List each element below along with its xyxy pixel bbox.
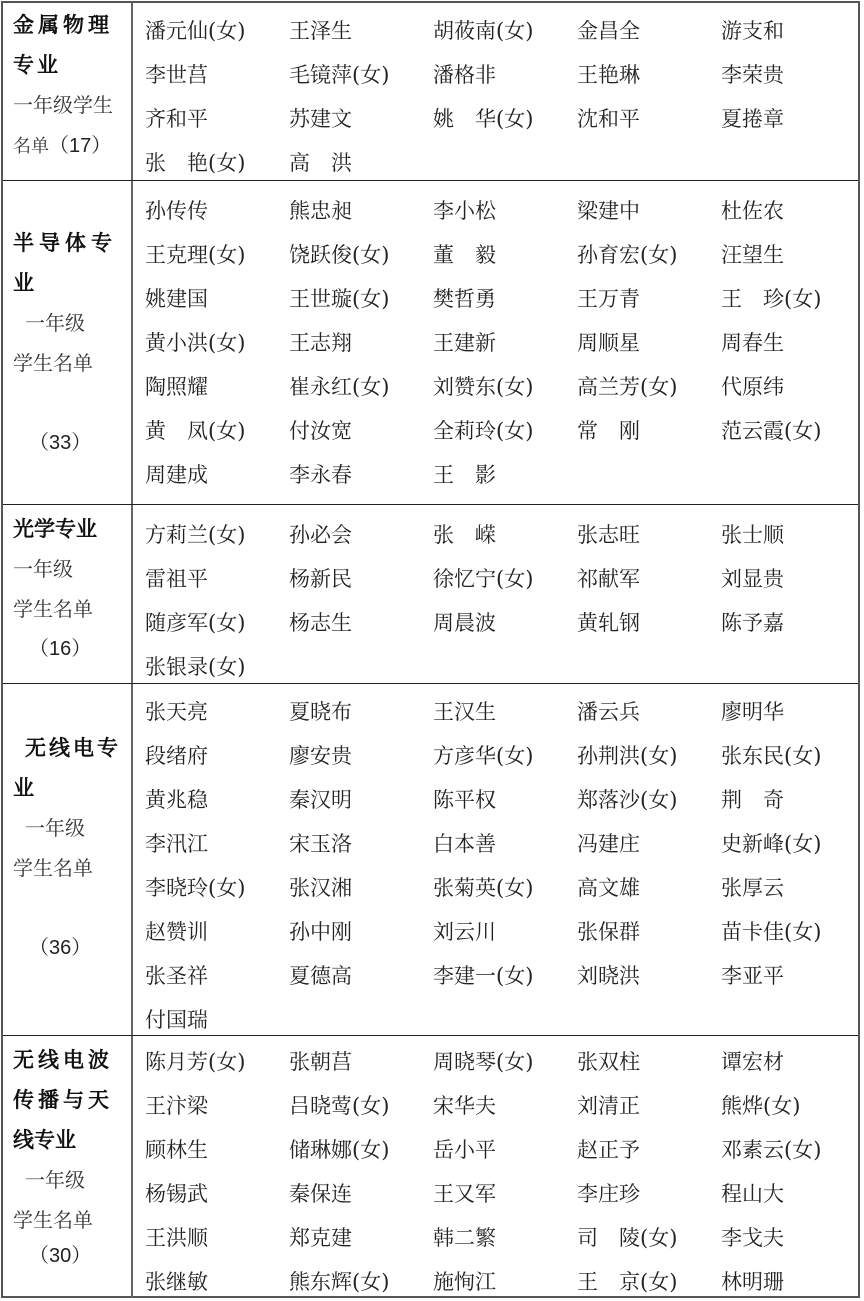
student-name: 韩二繁 [433,1226,496,1250]
student-name: 李庄珍 [577,1182,640,1206]
student-name: 代原纬 [721,375,784,399]
student-name: 张 艳(女) [145,151,245,175]
student-name: 冯建庄 [577,832,640,856]
student-name: 张继敏 [145,1270,208,1294]
student-name: 随彦军(女) [145,611,245,635]
student-name: 李晓玲(女) [145,876,245,900]
student-name: 熊烨(女) [721,1094,800,1118]
section-title-line: 金属物理 [13,5,131,45]
section-title-line: 光学专业 [13,509,131,549]
student-name: 苗卡佳(女) [721,920,821,944]
student-name: 李汛江 [145,832,208,856]
student-name: 司 陵(女) [577,1226,677,1250]
student-name: 李世莒 [145,63,208,87]
student-name: 胡莜南(女) [433,19,533,43]
student-name: 李建一(女) [433,964,533,988]
section-subtitle-line: 学生名单 [13,1200,131,1240]
student-name: 王万青 [577,287,640,311]
student-name: 雷祖平 [145,567,208,591]
student-name: 熊忠昶 [289,199,352,223]
student-name: 张菊英(女) [433,876,533,900]
section-subtitle-line: 一年级 [13,808,131,848]
section-row-metal-physics: 金属物理 专业 一年级学生 名单（17） 潘元仙(女)王泽生胡莜南(女)金昌全游… [3,3,858,181]
student-name: 杜佐农 [721,199,784,223]
student-name: 王 京(女) [577,1270,677,1294]
section-title-line: 专业 [13,45,131,85]
student-name: 黄小洪(女) [145,331,245,355]
student-name: 齐和平 [145,107,208,131]
student-name: 汪望生 [721,243,784,267]
student-name: 刘清正 [577,1094,640,1118]
student-name: 熊东辉(女) [289,1270,389,1294]
student-name: 黄兆稳 [145,788,208,812]
student-name: 全莉玲(女) [433,419,533,443]
student-name: 张志旺 [577,523,640,547]
section-label: 无线电专 业 一年级 学生名单 （36） [3,684,133,1035]
student-name: 李戈夫 [721,1226,784,1250]
student-name: 姚 华(女) [433,107,533,131]
section-subtitle-line: 学生名单 [13,343,131,383]
student-name: 方莉兰(女) [145,523,245,547]
student-name: 毛镜萍(女) [289,63,389,87]
student-name: 张天亮 [145,700,208,724]
student-name: 金昌全 [577,19,640,43]
student-name: 张双柱 [577,1050,640,1074]
section-title-line: 业 [13,768,131,808]
student-name: 顾林生 [145,1138,208,1162]
student-name: 高 洪 [289,151,352,175]
student-name: 王泽生 [289,19,352,43]
student-name: 张圣祥 [145,964,208,988]
section-count: （36） [13,928,131,968]
student-name: 樊哲勇 [433,287,496,311]
section-title-line: 线专业 [13,1120,131,1160]
section-subtitle-line: 学生名单 [13,589,131,629]
student-name: 刘晓洪 [577,964,640,988]
student-name: 夏德高 [289,964,352,988]
student-name: 梁建中 [577,199,640,223]
student-name: 李亚平 [721,964,784,988]
section-label: 无线电波 传播与天 线专业 一年级 学生名单 （30） [3,1036,133,1298]
student-name: 苏建文 [289,107,352,131]
student-name: 潘元仙(女) [145,19,245,43]
student-name: 赵正予 [577,1138,640,1162]
section-title-line: 传播与天 [13,1080,131,1120]
student-name: 周晓琴(女) [433,1050,533,1074]
student-name: 崔永红(女) [289,375,389,399]
student-name: 陈平权 [433,788,496,812]
student-name: 赵赞训 [145,920,208,944]
section-count: （17） [49,135,111,157]
student-name: 王汴梁 [145,1094,208,1118]
student-name: 廖明华 [721,700,784,724]
student-name: 高兰芳(女) [577,375,677,399]
section-row-radio: 无线电专 业 一年级 学生名单 （36） 张天亮夏晓布王汉生潘云兵廖明华段绪府廖… [3,684,858,1036]
student-name: 夏捲章 [721,107,784,131]
student-name: 孙荆洪(女) [577,744,677,768]
student-name: 王克理(女) [145,243,245,267]
student-name: 张保群 [577,920,640,944]
names-grid: 潘元仙(女)王泽生胡莜南(女)金昌全游支和李世莒毛镜萍(女)潘格非王艳琳李荣贵齐… [133,3,858,180]
student-name: 姚建国 [145,287,208,311]
student-name: 王汉生 [433,700,496,724]
student-name: 常 刚 [577,419,640,443]
student-name: 陈予嘉 [721,611,784,635]
student-name: 邓素云(女) [721,1138,821,1162]
student-name: 杨锡武 [145,1182,208,1206]
student-name: 岳小平 [433,1138,496,1162]
student-name: 周晨波 [433,611,496,635]
student-name: 廖安贵 [289,744,352,768]
student-name: 王志翔 [289,331,352,355]
student-name: 王洪顺 [145,1226,208,1250]
student-name: 潘格非 [433,63,496,87]
student-name: 陈月芳(女) [145,1050,245,1074]
section-title-line: 业 [13,263,131,303]
student-name: 陶照耀 [145,375,208,399]
student-name: 刘显贵 [721,567,784,591]
student-name: 林明珊 [721,1270,784,1294]
student-name: 宋华夫 [433,1094,496,1118]
student-name: 史新峰(女) [721,832,821,856]
section-title-line: 无线电专 [13,728,131,768]
student-name: 郑落沙(女) [577,788,677,812]
student-name: 秦汉明 [289,788,352,812]
student-name: 孙必会 [289,523,352,547]
section-subtitle-line: 名单 [13,136,49,157]
student-name: 杨新民 [289,567,352,591]
student-name: 孙中刚 [289,920,352,944]
student-name: 张士顺 [721,523,784,547]
student-name: 吕晓莺(女) [289,1094,389,1118]
student-name: 付汝宽 [289,419,352,443]
student-name: 王又军 [433,1182,496,1206]
student-name: 刘云川 [433,920,496,944]
student-name: 董 毅 [433,243,496,267]
section-title-line: 半导体专 [13,223,131,263]
student-name: 夏晓布 [289,700,352,724]
names-grid: 张天亮夏晓布王汉生潘云兵廖明华段绪府廖安贵方彦华(女)孙荆洪(女)张东民(女)黄… [133,684,858,1035]
student-name: 王建新 [433,331,496,355]
section-label: 金属物理 专业 一年级学生 名单（17） [3,3,133,180]
student-name: 徐忆宁(女) [433,567,533,591]
student-name: 张银录(女) [145,655,245,679]
student-name: 郑克建 [289,1226,352,1250]
student-name: 方彦华(女) [433,744,533,768]
student-name: 张汉湘 [289,876,352,900]
section-label: 光学专业 一年级 学生名单 （16） [3,505,133,683]
student-name: 储琳娜(女) [289,1138,389,1162]
section-count: （16） [13,629,131,669]
student-name: 李永春 [289,463,352,487]
student-name: 沈和平 [577,107,640,131]
names-grid: 方莉兰(女)孙必会张 嵘张志旺张士顺雷祖平杨新民徐忆宁(女)祁献军刘显贵随彦军(… [133,505,858,683]
student-name: 周建成 [145,463,208,487]
student-name: 程山大 [721,1182,784,1206]
student-name: 张厚云 [721,876,784,900]
student-name: 段绪府 [145,744,208,768]
student-name: 荆 奇 [721,788,784,812]
student-name: 祁献军 [577,567,640,591]
student-name: 施恂江 [433,1270,496,1294]
student-name: 王 珍(女) [721,287,821,311]
student-name: 孙育宏(女) [577,243,677,267]
student-name: 白本善 [433,832,496,856]
student-name: 高文雄 [577,876,640,900]
student-name: 张东民(女) [721,744,821,768]
student-roster-table: 金属物理 专业 一年级学生 名单（17） 潘元仙(女)王泽生胡莜南(女)金昌全游… [1,1,860,1298]
student-name: 宋玉洛 [289,832,352,856]
section-title-line: 无线电波 [13,1040,131,1080]
section-row-semiconductor: 半导体专 业 一年级 学生名单 （33） 孙传传熊忠昶李小松梁建中杜佐农王克理(… [3,181,858,505]
student-name: 李荣贵 [721,63,784,87]
student-name: 张朝莒 [289,1050,352,1074]
student-name: 杨志生 [289,611,352,635]
section-subtitle-line: 学生名单 [13,848,131,888]
names-grid: 孙传传熊忠昶李小松梁建中杜佐农王克理(女)饶跃俊(女)董 毅孙育宏(女)汪望生姚… [133,181,858,504]
student-name: 张 嵘 [433,523,496,547]
student-name: 谭宏材 [721,1050,784,1074]
student-name: 王 影 [433,463,496,487]
student-name: 李小松 [433,199,496,223]
names-grid: 陈月芳(女)张朝莒周晓琴(女)张双柱谭宏材王汴梁吕晓莺(女)宋华夫刘清正熊烨(女… [133,1036,858,1298]
section-subtitle-line: 一年级 [13,1160,131,1200]
section-subtitle-line: 一年级 [13,303,131,343]
student-name: 黄轧钢 [577,611,640,635]
student-name: 饶跃俊(女) [289,243,389,267]
section-subtitle-line: 一年级 [13,549,131,589]
student-name: 秦保连 [289,1182,352,1206]
student-name: 刘赞东(女) [433,375,533,399]
student-name: 王艳琳 [577,63,640,87]
student-name: 付国瑞 [145,1008,208,1032]
student-name: 范云霞(女) [721,419,821,443]
student-name: 周顺星 [577,331,640,355]
section-row-radio-wave-antenna: 无线电波 传播与天 线专业 一年级 学生名单 （30） 陈月芳(女)张朝莒周晓琴… [3,1036,858,1298]
student-name: 黄 凤(女) [145,419,245,443]
section-subtitle-line: 一年级学生 [13,85,131,125]
section-row-optics: 光学专业 一年级 学生名单 （16） 方莉兰(女)孙必会张 嵘张志旺张士顺雷祖平… [3,505,858,684]
student-name: 游支和 [721,19,784,43]
student-name: 潘云兵 [577,700,640,724]
student-name: 王世璇(女) [289,287,389,311]
student-name: 周春生 [721,331,784,355]
student-name: 孙传传 [145,199,208,223]
section-count: （30） [13,1240,131,1272]
section-count: （33） [13,423,131,463]
section-subtitle-with-count: 名单（17） [13,125,131,167]
section-label: 半导体专 业 一年级 学生名单 （33） [3,181,133,504]
